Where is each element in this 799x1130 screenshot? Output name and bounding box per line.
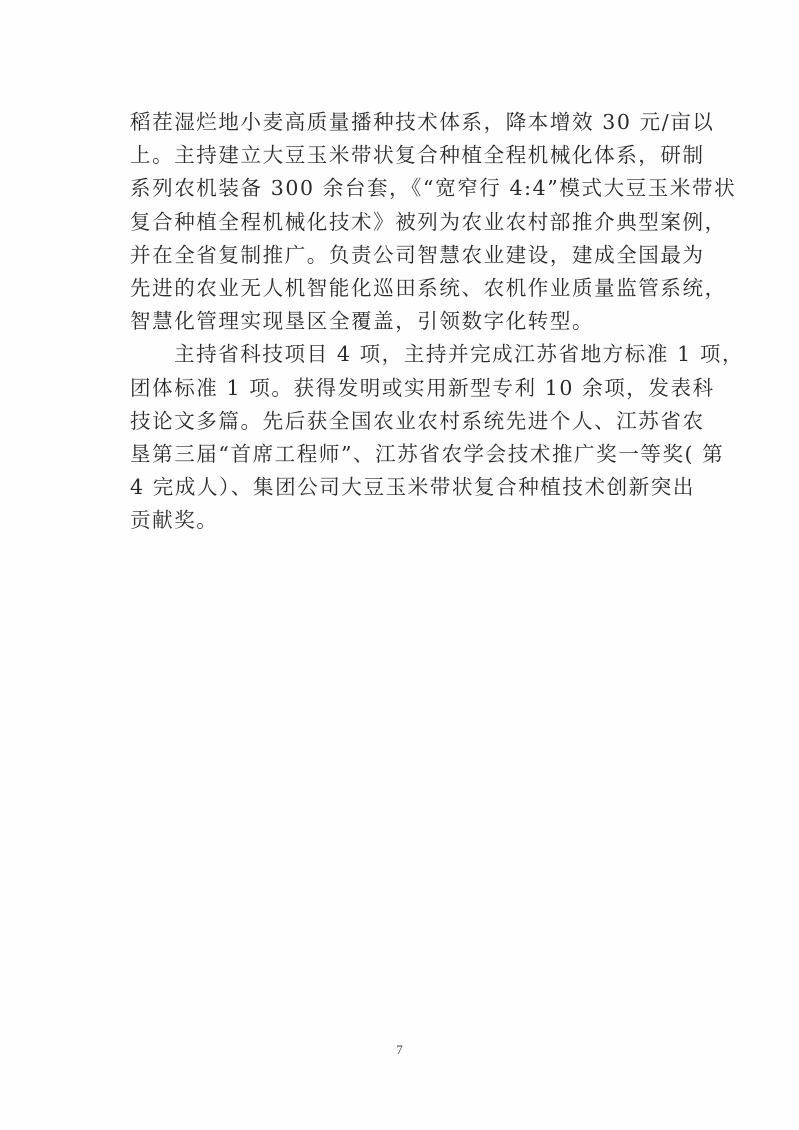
text-line: 系列农机装备 300 余台套，《“宽窄行 4:4”模式大豆玉米带状 bbox=[130, 172, 682, 205]
text-line: 4 完成人）、集团公司大豆玉米带状复合种植技术创新突出 bbox=[130, 471, 682, 504]
text-line: 技论文多篇。先后获全国农业农村系统先进个人、江苏省农 bbox=[130, 405, 682, 438]
paragraph-2: 主持省科技项目 4 项，主持并完成江苏省地方标准 1 项， 团体标准 1 项。获… bbox=[130, 338, 682, 537]
text-line: 垦第三届“首席工程师”、江苏省农学会技术推广奖一等奖( 第 bbox=[130, 438, 682, 471]
page-number: 7 bbox=[0, 1042, 799, 1058]
text-line: 贡献奖。 bbox=[130, 504, 682, 537]
document-page: 稻茬湿烂地小麦高质量播种技术体系，降本增效 30 元/亩以 上。主持建立大豆玉米… bbox=[0, 0, 799, 1130]
text-line: 主持省科技项目 4 项，主持并完成江苏省地方标准 1 项， bbox=[130, 338, 682, 371]
text-line: 智慧化管理实现垦区全覆盖，引领数字化转型。 bbox=[130, 305, 682, 338]
body-text: 稻茬湿烂地小麦高质量播种技术体系，降本增效 30 元/亩以 上。主持建立大豆玉米… bbox=[130, 106, 682, 537]
text-line: 并在全省复制推广。负责公司智慧农业建设，建成全国最为 bbox=[130, 239, 682, 272]
text-line: 复合种植全程机械化技术》被列为农业农村部推介典型案例， bbox=[130, 206, 682, 239]
text-line: 稻茬湿烂地小麦高质量播种技术体系，降本增效 30 元/亩以 bbox=[130, 106, 682, 139]
text-line: 先进的农业无人机智能化巡田系统、农机作业质量监管系统， bbox=[130, 272, 682, 305]
text-line: 团体标准 1 项。获得发明或实用新型专利 10 余项，发表科 bbox=[130, 372, 682, 405]
text-line: 上。主持建立大豆玉米带状复合种植全程机械化体系，研制 bbox=[130, 139, 682, 172]
paragraph-1: 稻茬湿烂地小麦高质量播种技术体系，降本增效 30 元/亩以 上。主持建立大豆玉米… bbox=[130, 106, 682, 338]
